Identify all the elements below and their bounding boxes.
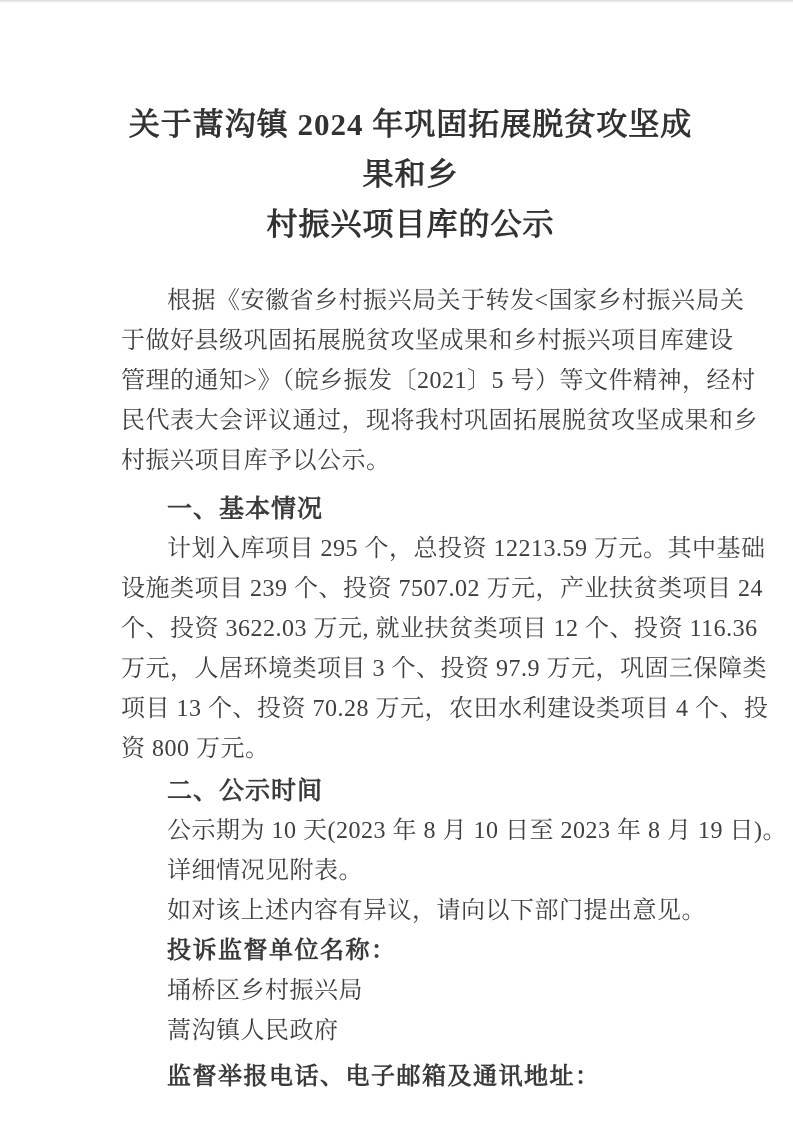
publicity-period-line: 详细情况见附表。 — [121, 851, 700, 891]
document-page: 关于蒿沟镇 2024 年巩固拓展脱贫攻坚成果和乡 村振兴项目库的公示 根据《安徽… — [0, 0, 793, 1121]
publicity-period-paragraph: 公示期为 10 天(2023 年 8 月 10 日至 2023 年 8 月 19… — [121, 811, 700, 931]
intro-paragraph: 根据《安徽省乡村振兴局关于转发<国家乡村振兴局关 于做好县级巩固拓展脱贫攻坚成果… — [121, 281, 700, 481]
intro-line: 于做好县级巩固拓展脱贫攻坚成果和乡村振兴项目库建设 — [121, 321, 700, 361]
page-title-line-2: 村振兴项目库的公示 — [121, 200, 700, 250]
contact-info-label: 监督举报电话、电子邮箱及通讯地址： — [121, 1057, 700, 1097]
basic-info-line: 设施类项目 239 个、投资 7507.02 万元，产业扶贫类项目 24 — [121, 569, 700, 609]
basic-info-line: 计划入库项目 295 个，总投资 12213.59 万元。其中基础 — [121, 529, 700, 569]
complaint-unit-item: 蒿沟镇人民政府 — [121, 1011, 700, 1051]
complaint-unit-label: 投诉监督单位名称： — [121, 931, 700, 971]
intro-line: 民代表大会评议通过，现将我村巩固拓展脱贫攻坚成果和乡 — [121, 401, 700, 441]
basic-info-line: 万元，人居环境类项目 3 个、投资 97.9 万元，巩固三保障类 — [121, 649, 700, 689]
intro-line: 根据《安徽省乡村振兴局关于转发<国家乡村振兴局关 — [121, 281, 700, 321]
publicity-period-line: 公示期为 10 天(2023 年 8 月 10 日至 2023 年 8 月 19… — [121, 811, 700, 851]
document-content: 关于蒿沟镇 2024 年巩固拓展脱贫攻坚成果和乡 村振兴项目库的公示 根据《安徽… — [121, 0, 700, 1097]
basic-info-line: 资 800 万元。 — [121, 729, 700, 769]
section-heading-basic-info: 一、基本情况 — [121, 489, 700, 529]
complaint-unit-item: 埇桥区乡村振兴局 — [121, 971, 700, 1011]
basic-info-line: 项目 13 个、投资 70.28 万元，农田水利建设类项目 4 个、投 — [121, 689, 700, 729]
intro-line: 管理的通知>》（皖乡振发〔2021〕5 号）等文件精神，经村 — [121, 361, 700, 401]
page-title-line-1: 关于蒿沟镇 2024 年巩固拓展脱贫攻坚成果和乡 — [121, 100, 700, 200]
publicity-period-line: 如对该上述内容有异议，请向以下部门提出意见。 — [121, 891, 700, 931]
complaint-unit-list: 埇桥区乡村振兴局 蒿沟镇人民政府 — [121, 971, 700, 1051]
basic-info-paragraph: 计划入库项目 295 个，总投资 12213.59 万元。其中基础 设施类项目 … — [121, 529, 700, 769]
basic-info-line: 个、投资 3622.03 万元, 就业扶贫类项目 12 个、投资 116.36 — [121, 609, 700, 649]
intro-line: 村振兴项目库予以公示。 — [121, 441, 700, 481]
section-heading-publicity-period: 二、公示时间 — [121, 771, 700, 811]
page-title: 关于蒿沟镇 2024 年巩固拓展脱贫攻坚成果和乡 村振兴项目库的公示 — [121, 100, 700, 250]
